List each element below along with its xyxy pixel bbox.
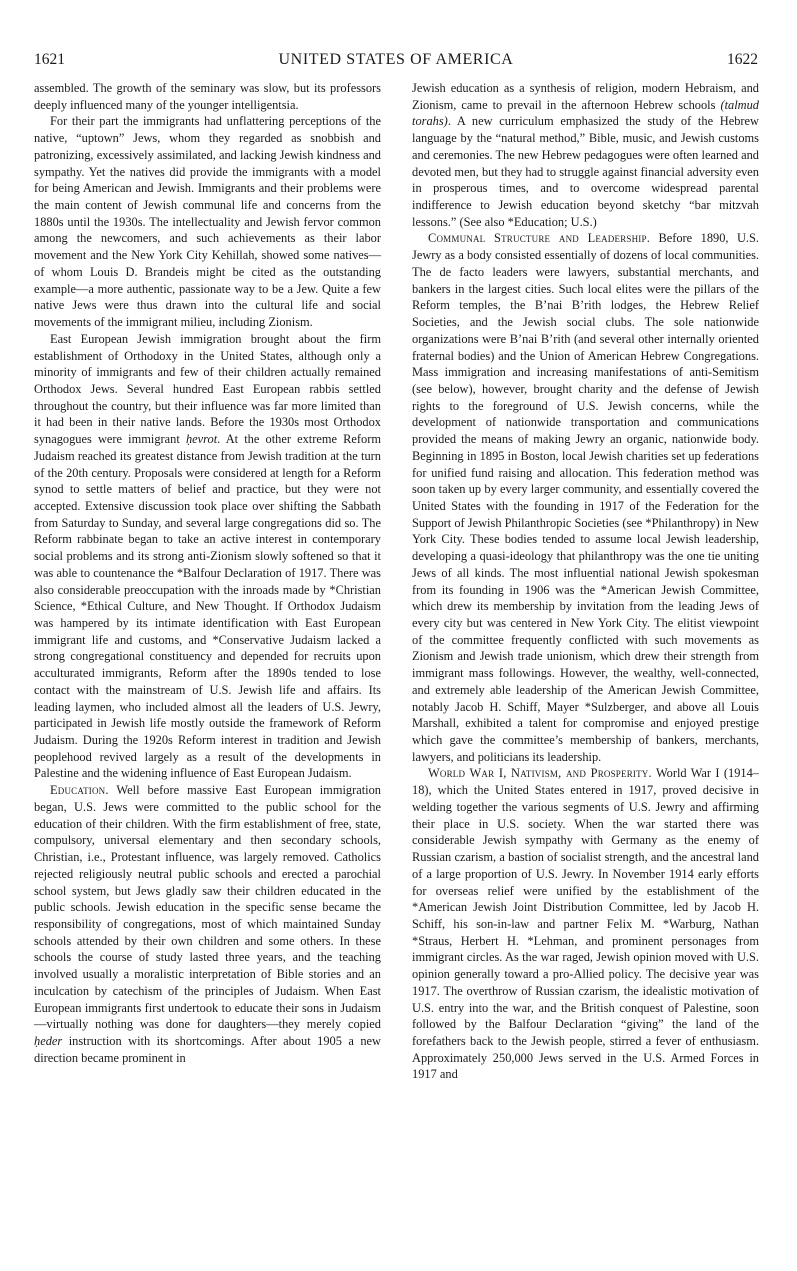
paragraph-world-war-i: World War I, Nativism, and Prosperity. W…	[412, 765, 759, 1083]
paragraph-seminary: assembled. The growth of the seminary wa…	[34, 80, 381, 113]
italic-term-hevrot: ḥevrot	[186, 432, 217, 446]
paragraph-immigrant-perceptions: For their part the immigrants had unflat…	[34, 113, 381, 330]
right-column: Jewish education as a synthesis of relig…	[412, 80, 759, 1083]
paragraph-communal-structure: Communal Structure and Leadership. Befor…	[412, 230, 759, 765]
page-number-right: 1622	[727, 51, 758, 69]
left-column: assembled. The growth of the seminary wa…	[34, 80, 381, 1066]
section-heading-education: Education.	[50, 783, 109, 797]
paragraph-education: Education. Well before massive East Euro…	[34, 782, 381, 1066]
italic-term-heder: ḥeder	[34, 1034, 62, 1048]
paragraph-orthodoxy-reform: East European Jewish immigration brought…	[34, 331, 381, 782]
paragraph-hebrew-schools: Jewish education as a synthesis of relig…	[412, 80, 759, 230]
section-heading-communal-structure: Communal Structure and Leadership.	[428, 231, 650, 245]
running-title: UNITED STATES OF AMERICA	[34, 51, 758, 69]
page-header: 1621 UNITED STATES OF AMERICA 1622	[34, 51, 758, 71]
section-heading-world-war-i: World War I, Nativism, and Prosperity.	[428, 766, 652, 780]
